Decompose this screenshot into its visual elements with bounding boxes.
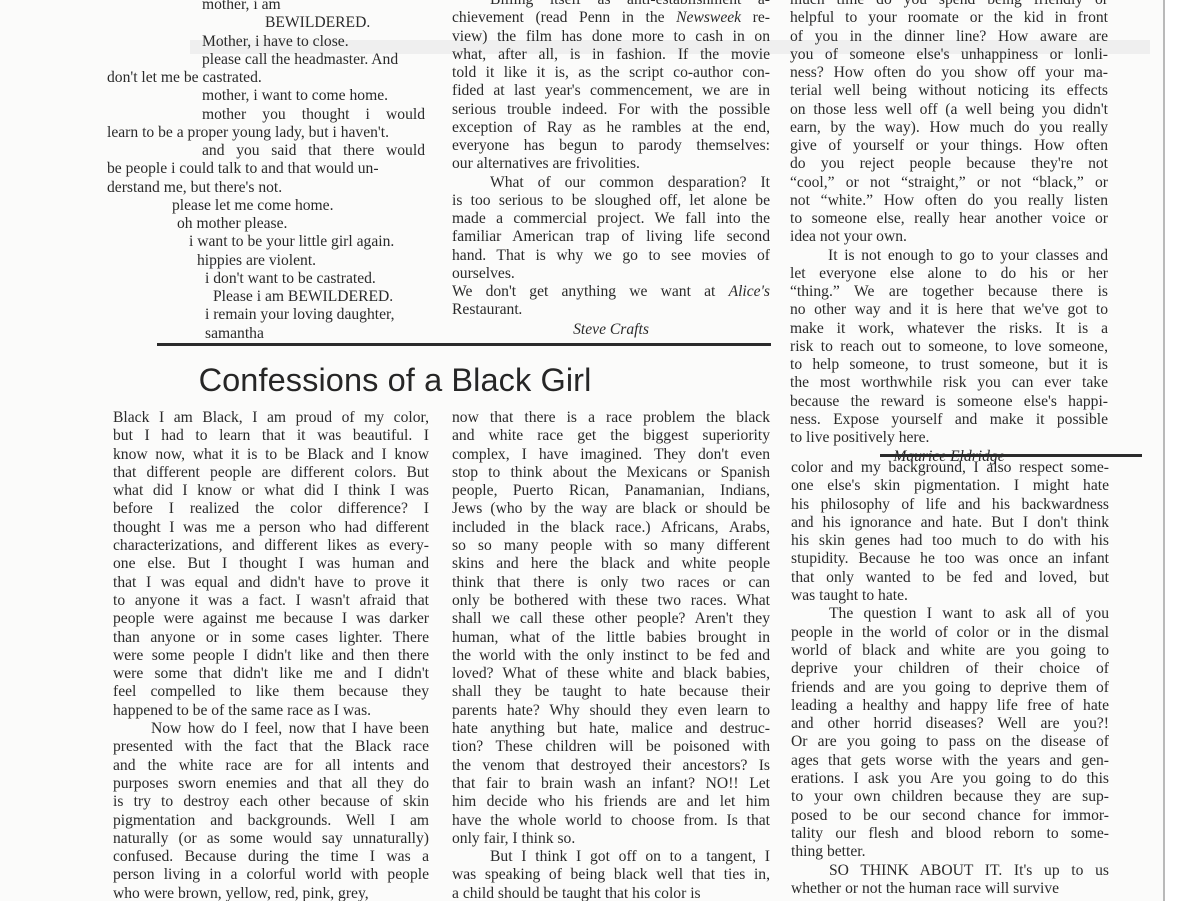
- text-line: his philosophy of life and his backwardn…: [791, 496, 1109, 514]
- text-line: and his ignorance and hate. But I don't …: [791, 514, 1109, 532]
- text-line: what did I know or what did I think I wa…: [113, 482, 429, 500]
- scan-margin: [1165, 0, 1200, 901]
- text-line: do you reject people because they're not: [790, 155, 1108, 173]
- text-line: but I had to learn that it was beautiful…: [113, 427, 429, 445]
- text-line: the world with the only instinct to be f…: [452, 647, 770, 665]
- text-line: “thing.” We are together because there i…: [790, 283, 1108, 301]
- text-line: the venom that destroyed their ancestors…: [452, 757, 770, 775]
- text-line: ness? How often do you show off your ma-: [790, 64, 1108, 82]
- text-line: were some people I didn't like and then …: [113, 647, 429, 665]
- text-line: hand. That is why we go to see movies of: [452, 247, 770, 265]
- text-line: people were against me because I was dar…: [113, 610, 429, 628]
- text-line: to help someone, to trust someone, but i…: [790, 356, 1108, 374]
- text-line: who were brown, yellow, red, pink, grey,: [113, 885, 429, 901]
- text-line: happened to be of the same race as I was…: [113, 702, 429, 720]
- text-line: before I realized the color difference? …: [113, 500, 429, 518]
- article-headline: Confessions of a Black Girl: [100, 362, 690, 399]
- section-divider-rule: [157, 343, 771, 346]
- text-line: the most worthwhile risk you can ever ta…: [790, 374, 1108, 392]
- text-line: was taught to hate.: [791, 587, 1109, 605]
- text-line: shall they be taught to hate because the…: [452, 683, 770, 701]
- text-line: one else's skin pigmentation. I might ha…: [791, 477, 1109, 495]
- text-line: so so many people with so many different: [452, 537, 770, 555]
- text-line: ness. Expose yourself and make it possib…: [790, 411, 1108, 429]
- text-line: much time do you spend being friendly or: [790, 0, 1108, 9]
- text-line: on those less well off (a well being you…: [790, 101, 1108, 119]
- poem-line: please call the headmaster. And: [107, 51, 425, 69]
- text-line: stop to think about the Mexicans or Span…: [452, 464, 770, 482]
- text-line: have the whole world to choose from. Is …: [452, 812, 770, 830]
- text-line: thing better.: [791, 843, 1109, 861]
- poem-line: hippies are violent.: [107, 252, 425, 270]
- text-line: let everyone else alone to do his or her: [790, 265, 1108, 283]
- text-line: pigmentation and backgrounds. Well I am: [113, 812, 429, 830]
- text-line: a child should be taught that his color …: [452, 885, 770, 901]
- text-line: fided at last year's commencement, we ar…: [452, 82, 770, 100]
- text-line: people in the world of color or in the d…: [791, 624, 1109, 642]
- text-line: hate anything but hate, malice and destr…: [452, 720, 770, 738]
- text-line: But I think I got off on to a tangent, I: [452, 848, 770, 866]
- text-line: is try to destroy each other because of …: [113, 793, 429, 811]
- text-line: purposes sworn enemies and that all they…: [113, 775, 429, 793]
- text-line: human, what of the little babies brought…: [452, 629, 770, 647]
- text-line: familiar American trap of living life se…: [452, 228, 770, 246]
- poem-line: i want to be your little girl again.: [107, 233, 425, 251]
- text-line: to anyone it was a fact. I wasn't afraid…: [113, 592, 429, 610]
- text-line: his skin genes had too much to do with h…: [791, 532, 1109, 550]
- text-line: color and my background, I also respect …: [791, 459, 1109, 477]
- text-line: thought I was me a person who had differ…: [113, 519, 429, 537]
- text-line: everyone has begun to parody themselves:: [452, 137, 770, 155]
- text-line: because the reward is someone else's hap…: [790, 393, 1108, 411]
- poem-line: be people i could talk to and that would…: [107, 160, 425, 178]
- text-line: think that there is only two races or ca…: [452, 574, 770, 592]
- text-line: erations. I ask you Are you going to do …: [791, 770, 1109, 788]
- text-line: skins and here the black and white peopl…: [452, 555, 770, 573]
- text-line: to your own children because they are su…: [791, 788, 1109, 806]
- text-line: It is not enough to go to your classes a…: [790, 247, 1108, 265]
- poem-line: mother, i want to come home.: [107, 87, 425, 105]
- text-line: people, Puerto Rican, Panamanian, Indian…: [452, 482, 770, 500]
- text-line: Now how do I feel, now that I have been: [113, 720, 429, 738]
- text-line: Restaurant.: [452, 301, 770, 319]
- text-line: only fair, I think so.: [452, 830, 770, 848]
- text-line: that I was equal and didn't have to prov…: [113, 574, 429, 592]
- text-line: ages that gets worse with the years and …: [791, 752, 1109, 770]
- text-line: our alternatives are frivolities.: [452, 155, 770, 173]
- text-line: naturally (or as some would say unnatura…: [113, 830, 429, 848]
- poem-line: Mother, i have to close.: [107, 33, 425, 51]
- poem-line: derstand me, but there's not.: [107, 179, 425, 197]
- text-line: no other way and it is here that we've g…: [790, 301, 1108, 319]
- text-line: that different people are different colo…: [113, 464, 429, 482]
- text-line: We don't get anything we want at Alice's: [452, 283, 770, 301]
- text-line: SO THINK ABOUT IT. It's up to us: [791, 862, 1109, 880]
- poem-line: mother, i am: [107, 0, 425, 14]
- text-line: parents hate? Why should they even learn…: [452, 702, 770, 720]
- film-review-column: Billing itself as anti-establishment a-c…: [452, 0, 770, 339]
- poem-column: mother, i amBEWILDERED.Mother, i have to…: [107, 0, 425, 343]
- text-line: idea not your own.: [790, 228, 1108, 246]
- text-line: what, after all, is in fashion. If the m…: [452, 46, 770, 64]
- text-line: The question I want to ask all of you: [791, 605, 1109, 623]
- text-line: and other horrid diseases? Well are you?…: [791, 715, 1109, 733]
- text-line: stupidity. Because he too was once an in…: [791, 550, 1109, 568]
- text-line: that only wanted to be fed and loved, bu…: [791, 569, 1109, 587]
- text-line: ourselves.: [452, 265, 770, 283]
- text-line: confused. Because during the time I was …: [113, 848, 429, 866]
- poem-line: i don't want to be castrated.: [107, 270, 425, 288]
- text-line: to live positively here.: [790, 429, 1108, 447]
- poem-line: i remain your loving daughter,: [107, 306, 425, 324]
- text-line: helpful to your roomate or the kid in fr…: [790, 9, 1108, 27]
- text-line: presented with the fact that the Black r…: [113, 738, 429, 756]
- poem-line: BEWILDERED.: [107, 14, 425, 32]
- text-line: Black I am Black, I am proud of my color…: [113, 409, 429, 427]
- text-line: not “white.” How often do you really lis…: [790, 192, 1108, 210]
- text-line: earn, by the way). How much do you reall…: [790, 119, 1108, 137]
- poem-line: samantha: [107, 325, 425, 343]
- poem-line: oh mother please.: [107, 215, 425, 233]
- essay-column: much time do you spend being friendly or…: [790, 0, 1108, 467]
- text-line: that fair to brain wash an infant? NO!! …: [452, 775, 770, 793]
- poem-line: mother you thought i would: [107, 106, 425, 124]
- text-line: shall we call these other people? Aren't…: [452, 610, 770, 628]
- text-line: risk to reach out to someone, to love so…: [790, 338, 1108, 356]
- article-column-3: color and my background, I also respect …: [791, 459, 1109, 898]
- poem-line: please let me come home.: [107, 197, 425, 215]
- text-line: and white race get the biggest superiori…: [452, 427, 770, 445]
- text-line: leading a healthy and happy life free of…: [791, 697, 1109, 715]
- text-line: was speaking of being black well that ti…: [452, 866, 770, 884]
- text-line: world of black and white are you going t…: [791, 642, 1109, 660]
- article-column-2: now that there is a race problem the bla…: [452, 409, 770, 901]
- text-line: “cool,” or not “straight,” or not “black…: [790, 174, 1108, 192]
- text-line: feel compelled to like them because they: [113, 683, 429, 701]
- text-line: exception of Ray as he rambles at the en…: [452, 119, 770, 137]
- text-line: and the white race are for all intents a…: [113, 757, 429, 775]
- text-line: posed to be our second chance for immor-: [791, 807, 1109, 825]
- text-line: one else. But I thought I was human and: [113, 555, 429, 573]
- poem-line: Please i am BEWILDERED.: [107, 288, 425, 306]
- text-line: tality our flesh and blood reborn to som…: [791, 825, 1109, 843]
- poem-line: learn to be a proper young lady, but i h…: [107, 124, 425, 142]
- text-line: friends and are you going to deprive the…: [791, 679, 1109, 697]
- text-line: than anyone or in some cases lighter. Th…: [113, 629, 429, 647]
- text-line: is too serious to be sloughed off, let a…: [452, 192, 770, 210]
- review-author-signature: Steve Crafts: [452, 321, 770, 339]
- text-line: view) the film has done more to cash in …: [452, 28, 770, 46]
- text-line: made a commercial project. We fall into …: [452, 210, 770, 228]
- text-line: loved? What of these white and black bab…: [452, 665, 770, 683]
- text-line: told it like it is, as the script co-aut…: [452, 64, 770, 82]
- text-line: terial well being without noticing its e…: [790, 82, 1108, 100]
- text-line: know now, what it is to be Black and I k…: [113, 446, 429, 464]
- poem-line: don't let me be castrated.: [107, 69, 425, 87]
- text-line: to someone else, really hear another voi…: [790, 210, 1108, 228]
- text-line: now that there is a race problem the bla…: [452, 409, 770, 427]
- text-line: make it work, whatever the risks. It is …: [790, 320, 1108, 338]
- text-line: were some that didn't like me and I didn…: [113, 665, 429, 683]
- text-line: characterizations, and different likes a…: [113, 537, 429, 555]
- text-line: person living in a colorful world with p…: [113, 866, 429, 884]
- text-line: you of someone else's unhappiness or lon…: [790, 46, 1108, 64]
- text-line: Jews (who by the way are black or should…: [452, 500, 770, 518]
- article-column-1: Black I am Black, I am proud of my color…: [113, 409, 429, 901]
- text-line: of you in the dinner line? How aware are: [790, 28, 1108, 46]
- text-line: Or are you going to pass on the disease …: [791, 733, 1109, 751]
- poem-line: and you said that there would: [107, 142, 425, 160]
- text-line: included in the black race.) Africans, A…: [452, 519, 770, 537]
- text-line: chievement (read Penn in the Newsweek re…: [452, 9, 770, 27]
- text-line: give of yourself or your things. How oft…: [790, 137, 1108, 155]
- column-divider-rule: [880, 454, 1142, 457]
- text-line: serious trouble indeed. For with the pos…: [452, 101, 770, 119]
- text-line: complex, I have imagined. They don't eve…: [452, 446, 770, 464]
- text-line: Billing itself as anti-establishment a-: [452, 0, 770, 9]
- text-line: deprive your children of their choice of: [791, 660, 1109, 678]
- text-line: whether or not the human race will survi…: [791, 880, 1109, 898]
- text-line: him decide who his friends are and let h…: [452, 793, 770, 811]
- text-line: tion? These children will be poisoned wi…: [452, 738, 770, 756]
- text-line: What of our common desparation? It: [452, 174, 770, 192]
- text-line: only be bothered with these two races. W…: [452, 592, 770, 610]
